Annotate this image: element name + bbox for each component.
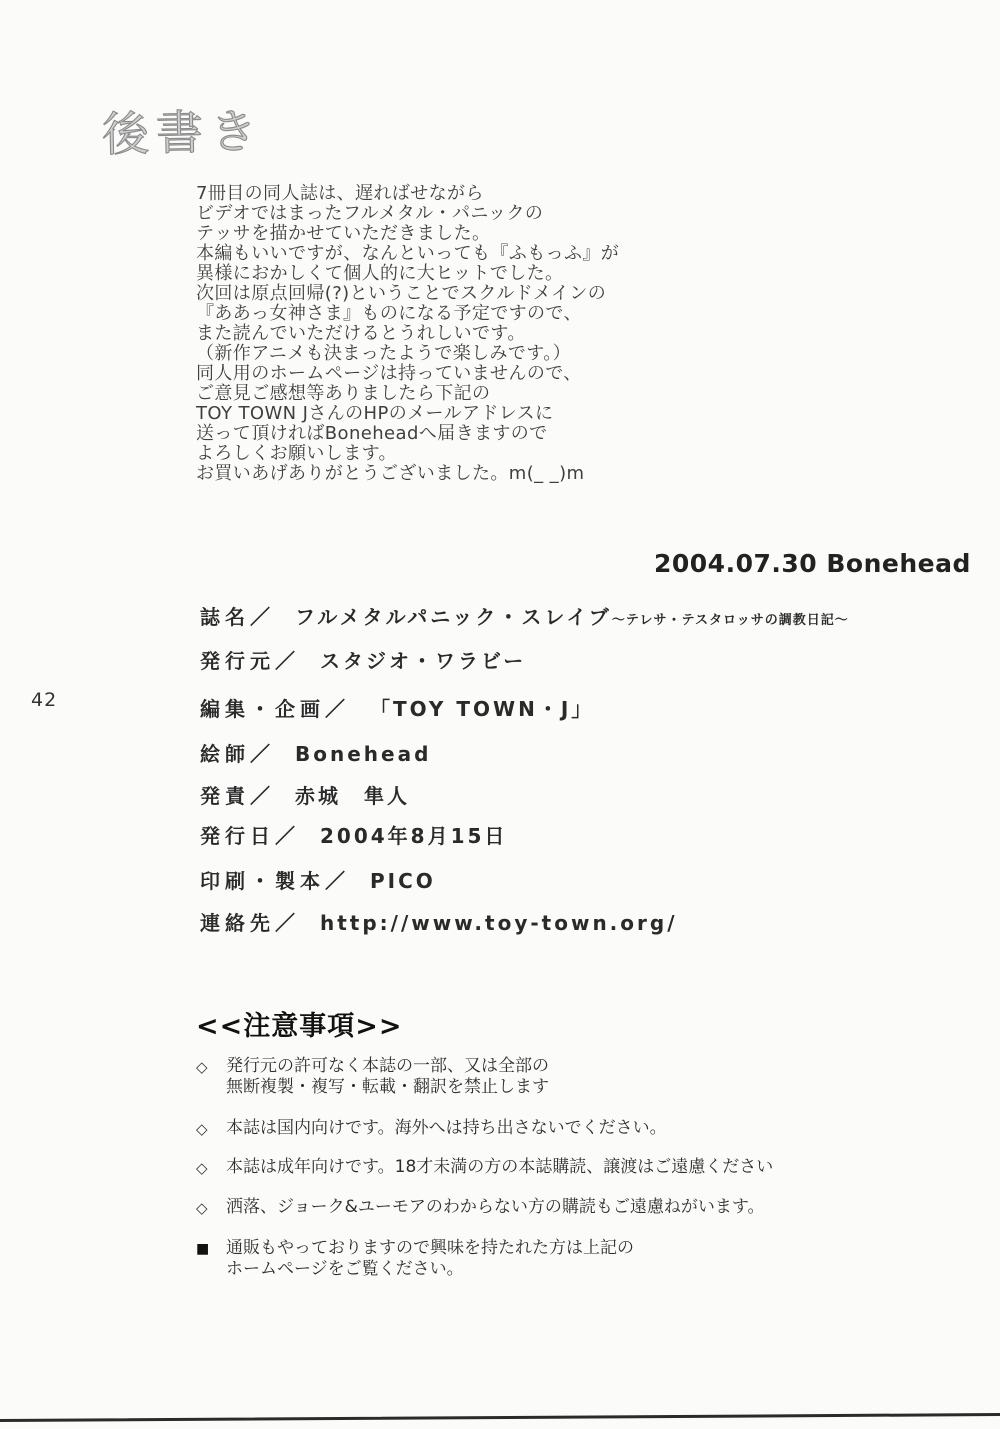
colophon-label: 絵師／ <box>200 742 275 766</box>
afterword-line: 送って頂ければBoneheadへ届きますので <box>196 424 619 444</box>
afterword-line: よろしくお願いします。 <box>196 444 619 464</box>
notice-text: 本誌は成年向けです。18才未満の方の本誌購読、譲渡はご遠慮ください <box>226 1157 773 1178</box>
notice-text: 本誌は国内向けです。海外へは持ち出さないでください。 <box>226 1118 667 1139</box>
colophon-value: フルメタルパニック・スレイブ <box>295 605 612 629</box>
notice-line: 通販もやっておりますので興味を持たれた方は上記の <box>226 1238 634 1259</box>
afterword-line: 次回は原点回帰(?)ということでスクルドメインの <box>196 284 619 304</box>
colophon-label: 編集・企画／ <box>200 697 350 721</box>
colophon-label: 発行日／ <box>200 824 300 848</box>
afterword-line: ビデオではまったフルメタル・パニックの <box>196 204 619 224</box>
scan-edge-line <box>0 1413 1000 1422</box>
diamond-bullet-icon: ◇ <box>196 1057 208 1078</box>
notice-item: ◇ 本誌は成年向けです。18才未満の方の本誌購読、譲渡はご遠慮ください <box>196 1157 773 1178</box>
notice-line: 本誌は国内向けです。海外へは持ち出さないでください。 <box>226 1118 667 1139</box>
colophon-row-contact: 連絡先／http://www.toy-town.org/ <box>200 907 678 936</box>
diamond-bullet-icon: ◇ <box>196 1198 208 1219</box>
notice-item: ■ 通販もやっておりますので興味を持たれた方は上記の ホームページをご覧ください… <box>196 1238 634 1280</box>
afterword-line: テッサを描かせていただきました。 <box>196 224 619 244</box>
notice-item: ◇ 洒落、ジョーク&ユーモアのわからない方の購読もご遠慮ねがいます。 <box>196 1197 765 1218</box>
afterword-line: 同人用のホームページは持っていませんので、 <box>196 364 619 384</box>
notice-line: 無断複製・複写・転載・翻訳を禁止します <box>226 1077 549 1098</box>
colophon-value: 2004年8月15日 <box>320 824 507 848</box>
diamond-bullet-icon: ◇ <box>196 1119 208 1140</box>
colophon-label: 発責／ <box>200 784 275 808</box>
notice-text: 発行元の許可なく本誌の一部、又は全部の 無断複製・複写・転載・翻訳を禁止します <box>226 1056 549 1098</box>
colophon-value: スタジオ・ワラビー <box>320 649 526 673</box>
afterword-line: お買いあげありがとうございました。m(_ _)m <box>196 464 619 484</box>
notice-line: 洒落、ジョーク&ユーモアのわからない方の購読もご遠慮ねがいます。 <box>226 1197 765 1218</box>
colophon-value: 「TOY TOWN・J」 <box>370 697 594 721</box>
colophon-subtitle: ～テレサ・テスタロッサの調教日記～ <box>612 613 849 628</box>
afterword-paragraph: 7冊目の同人誌は、遅ればせながら ビデオではまったフルメタル・パニックの テッサ… <box>196 184 619 484</box>
afterword-line: 『ああっ女神さま』ものになる予定ですので、 <box>196 304 619 324</box>
page-number: 42 <box>31 689 57 711</box>
afterword-line: 本編もいいですが、なんといっても『ふもっふ』が <box>196 244 619 264</box>
colophon-row-publish-date: 発行日／2004年8月15日 <box>200 820 507 849</box>
colophon-label: 誌名／ <box>200 605 275 629</box>
colophon-value: http://www.toy-town.org/ <box>320 911 678 935</box>
colophon-row-artist: 絵師／Bonehead <box>200 738 431 767</box>
notice-heading: <<注意事項>> <box>196 1004 403 1043</box>
afterword-line: ご意見ご感想等ありましたら下記の <box>196 384 619 404</box>
afterword-line: 異様におかしくて個人的に大ヒットでした。 <box>196 264 619 284</box>
notice-text: 洒落、ジョーク&ユーモアのわからない方の購読もご遠慮ねがいます。 <box>226 1197 765 1218</box>
afterword-line: また読んでいただけるとうれしいです。 <box>196 324 619 344</box>
colophon-row-publisher: 発行元／スタジオ・ワラビー <box>200 645 526 674</box>
page-title: 後書き <box>101 94 264 164</box>
colophon-row-printing: 印刷・製本／PICO <box>200 865 436 894</box>
notice-line: 発行元の許可なく本誌の一部、又は全部の <box>226 1056 549 1077</box>
notice-item: ◇ 発行元の許可なく本誌の一部、又は全部の 無断複製・複写・転載・翻訳を禁止しま… <box>196 1056 549 1098</box>
notice-line: ホームページをご覧ください。 <box>226 1259 634 1280</box>
afterword-line: TOY TOWN JさんのHPのメールアドレスに <box>196 404 619 424</box>
afterword-line: 7冊目の同人誌は、遅ればせながら <box>196 184 619 204</box>
colophon-label: 印刷・製本／ <box>200 869 350 893</box>
square-bullet-icon: ■ <box>196 1239 209 1260</box>
diamond-bullet-icon: ◇ <box>196 1158 208 1179</box>
date-signature: 2004.07.30 Bonehead <box>654 549 971 578</box>
afterword-line: （新作アニメも決まったようで楽しみです。） <box>196 344 619 364</box>
colophon-label: 発行元／ <box>200 649 300 673</box>
notice-line: 本誌は成年向けです。18才未満の方の本誌購読、譲渡はご遠慮ください <box>226 1157 773 1178</box>
colophon-value: Bonehead <box>295 742 431 766</box>
colophon-row-responsible: 発責／赤城 隼人 <box>200 780 410 809</box>
colophon-value: 赤城 隼人 <box>295 784 410 808</box>
colophon-row-title: 誌名／フルメタルパニック・スレイブ～テレサ・テスタロッサの調教日記～ <box>200 601 849 630</box>
notice-item: ◇ 本誌は国内向けです。海外へは持ち出さないでください。 <box>196 1118 667 1139</box>
notice-text: 通販もやっておりますので興味を持たれた方は上記の ホームページをご覧ください。 <box>226 1238 634 1280</box>
colophon-value: PICO <box>370 869 436 893</box>
colophon-label: 連絡先／ <box>200 911 300 935</box>
colophon-row-editing: 編集・企画／「TOY TOWN・J」 <box>200 693 594 722</box>
scanned-afterword-page: 後書き 7冊目の同人誌は、遅ればせながら ビデオではまったフルメタル・パニックの… <box>0 0 1000 1429</box>
